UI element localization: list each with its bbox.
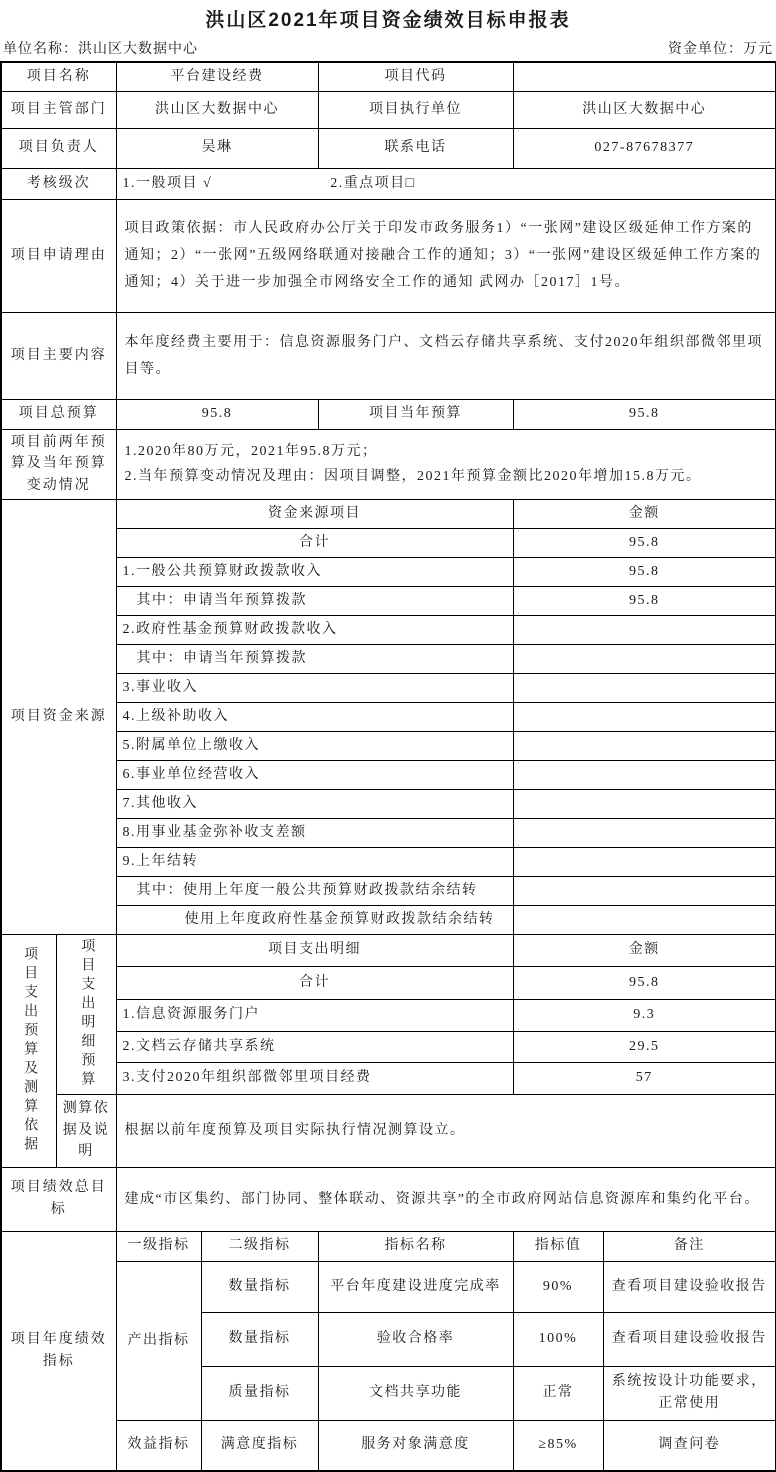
table-row: 效益指标 满意度指标 服务对象满意度 ≥85% 调查问卷	[1, 1420, 776, 1471]
funding-item-cell: 合计	[116, 528, 513, 557]
funding-amount-cell	[513, 644, 776, 673]
basis-label: 测算依据及说明	[56, 1094, 116, 1167]
expenditure-header-item: 项目支出明细	[116, 934, 513, 966]
indicator-note: 调查问卷	[603, 1420, 776, 1471]
funding-amount-cell	[513, 731, 776, 760]
overall-goal-text: 建成“市区集约、部门协同、整体联动、资源共享”的全市政府网站信息资源库和集约化平…	[116, 1167, 776, 1231]
funding-item-cell: 其中：申请当年预算拨款	[116, 644, 513, 673]
indicator-header-level1: 一级指标	[116, 1231, 201, 1261]
phone-label: 联系电话	[318, 128, 513, 168]
indicator-header-note: 备注	[603, 1231, 776, 1261]
indicator-level2: 满意度指标	[201, 1420, 318, 1471]
indicator-value: ≥85%	[513, 1420, 603, 1471]
table-row: 2.文档云存储共享系统 29.5	[1, 1031, 776, 1062]
funding-amount-cell	[513, 615, 776, 644]
funding-header-item: 资金来源项目	[116, 499, 513, 528]
unit-name-label: 单位名称：洪山区大数据中心	[3, 42, 198, 58]
funding-amount-cell: 95.8	[513, 557, 776, 586]
prev-budget-line2: 2.当年预算变动情况及理由：因项目调整，2021年预算金额比2020年增加15.…	[125, 464, 766, 489]
indicator-level1-output: 产出指标	[116, 1261, 201, 1420]
main-content-label: 项目主要内容	[1, 312, 116, 399]
assessment-level-options: 1.一般项目 √ 2.重点项目□	[116, 168, 776, 199]
table-row: 3.支付2020年组织部微邻里项目经费 57	[1, 1062, 776, 1094]
funding-item-cell: 2.政府性基金预算财政拨款收入	[116, 615, 513, 644]
indicator-level1-benefit: 效益指标	[116, 1420, 201, 1471]
phone-value: 027-87678377	[513, 128, 776, 168]
table-row: 其中：使用上年度一般公共预算财政拨款结余结转	[1, 876, 776, 905]
apply-reason-text: 项目政策依据：市人民政府办公厅关于印发市政务服务1）“一张网”建设区级延伸工作方…	[116, 199, 776, 312]
funding-amount-cell	[513, 760, 776, 789]
exec-unit-label: 项目执行单位	[318, 91, 513, 128]
indicator-header-level2: 二级指标	[201, 1231, 318, 1261]
expenditure-item-cell: 2.文档云存储共享系统	[116, 1031, 513, 1062]
indicator-level2: 数量指标	[201, 1261, 318, 1312]
funding-amount-cell: 95.8	[513, 528, 776, 557]
table-row: 测算依据及说明 根据以前年度预算及项目实际执行情况测算设立。	[1, 1094, 776, 1167]
expenditure-section-label: 项目支出预算及测算依据	[1, 934, 56, 1167]
funding-item-cell: 其中：使用上年度一般公共预算财政拨款结余结转	[116, 876, 513, 905]
indicator-value: 90%	[513, 1261, 603, 1312]
funding-item-cell: 5.附属单位上缴收入	[116, 731, 513, 760]
manager-label: 项目负责人	[1, 128, 116, 168]
exec-unit-value: 洪山区大数据中心	[513, 91, 776, 128]
table-row: 使用上年度政府性基金预算财政拨款结余结转	[1, 905, 776, 934]
indicator-header-name: 指标名称	[318, 1231, 513, 1261]
table-row: 9.上年结转	[1, 847, 776, 876]
prev-budget-label: 项目前两年预算及当年预算变动情况	[1, 429, 116, 499]
table-row: 项目总预算 95.8 项目当年预算 95.8	[1, 399, 776, 429]
prev-budget-text: 1.2020年80万元，2021年95.8万元； 2.当年预算变动情况及理由：因…	[116, 429, 776, 499]
project-code-value	[513, 62, 776, 91]
option-key-project-unchecked: 2.重点项目□	[330, 173, 415, 195]
page-title: 洪山区2021年项目资金绩效目标申报表	[0, 0, 776, 33]
expenditure-amount-cell: 57	[513, 1062, 776, 1094]
table-row: 1.信息资源服务门户 9.3	[1, 999, 776, 1031]
expenditure-amount-cell: 9.3	[513, 999, 776, 1031]
expenditure-header-amount: 金额	[513, 934, 776, 966]
funding-item-cell: 3.事业收入	[116, 673, 513, 702]
dept-value: 洪山区大数据中心	[116, 91, 318, 128]
table-row: 项目名称 平台建设经费 项目代码	[1, 62, 776, 91]
table-row: 5.附属单位上缴收入	[1, 731, 776, 760]
table-row: 合计 95.8	[1, 528, 776, 557]
funding-item-cell: 1.一般公共预算财政拨款收入	[116, 557, 513, 586]
funding-amount-cell	[513, 789, 776, 818]
manager-value: 吴琳	[116, 128, 318, 168]
table-row: 7.其他收入	[1, 789, 776, 818]
table-row: 8.用事业基金弥补收支差额	[1, 818, 776, 847]
table-row: 2.政府性基金预算财政拨款收入	[1, 615, 776, 644]
indicator-note: 查看项目建设验收报告	[603, 1312, 776, 1366]
table-row: 项目绩效总目标 建成“市区集约、部门协同、整体联动、资源共享”的全市政府网站信息…	[1, 1167, 776, 1231]
funding-amount-cell	[513, 702, 776, 731]
funding-item-cell: 使用上年度政府性基金预算财政拨款结余结转	[116, 905, 513, 934]
year-budget-label: 项目当年预算	[318, 399, 513, 429]
table-row: 其中：申请当年预算拨款 95.8	[1, 586, 776, 615]
apply-reason-label: 项目申请理由	[1, 199, 116, 312]
funding-amount-cell	[513, 818, 776, 847]
declaration-table: 项目名称 平台建设经费 项目代码 项目主管部门 洪山区大数据中心 项目执行单位 …	[0, 61, 776, 1472]
total-budget-value: 95.8	[116, 399, 318, 429]
main-content-text: 本年度经费主要用于：信息资源服务门户、文档云存储共享系统、支付2020年组织部微…	[116, 312, 776, 399]
table-row: 合计 95.8	[1, 966, 776, 999]
indicator-name: 服务对象满意度	[318, 1420, 513, 1471]
meta-line: 单位名称：洪山区大数据中心 资金单位：万元	[0, 33, 776, 61]
funding-amount-cell	[513, 905, 776, 934]
funding-item-cell: 其中：申请当年预算拨款	[116, 586, 513, 615]
funding-item-cell: 9.上年结转	[116, 847, 513, 876]
funding-item-cell: 7.其他收入	[116, 789, 513, 818]
table-row: 1.一般公共预算财政拨款收入 95.8	[1, 557, 776, 586]
indicator-note: 系统按设计功能要求，正常使用	[603, 1366, 776, 1420]
funding-item-cell: 8.用事业基金弥补收支差额	[116, 818, 513, 847]
basis-text: 根据以前年度预算及项目实际执行情况测算设立。	[116, 1094, 776, 1167]
declaration-form-page: 洪山区2021年项目资金绩效目标申报表 单位名称：洪山区大数据中心 资金单位：万…	[0, 0, 776, 1472]
funding-item-cell: 6.事业单位经营收入	[116, 760, 513, 789]
table-row: 项目资金来源 资金来源项目 金额	[1, 499, 776, 528]
overall-goal-label: 项目绩效总目标	[1, 1167, 116, 1231]
table-row: 4.上级补助收入	[1, 702, 776, 731]
indicator-name: 文档共享功能	[318, 1366, 513, 1420]
indicator-level2: 质量指标	[201, 1366, 318, 1420]
table-row: 6.事业单位经营收入	[1, 760, 776, 789]
indicator-name: 验收合格率	[318, 1312, 513, 1366]
expenditure-amount-cell: 95.8	[513, 966, 776, 999]
indicator-value: 正常	[513, 1366, 603, 1420]
expenditure-item-cell: 1.信息资源服务门户	[116, 999, 513, 1031]
indicator-level2: 数量指标	[201, 1312, 318, 1366]
funding-section-label: 项目资金来源	[1, 499, 116, 934]
indicator-name: 平台年度建设进度完成率	[318, 1261, 513, 1312]
indicators-section-label: 项目年度绩效指标	[1, 1231, 116, 1471]
indicator-value: 100%	[513, 1312, 603, 1366]
expenditure-item-cell: 合计	[116, 966, 513, 999]
assessment-level-label: 考核级次	[1, 168, 116, 199]
table-row: 项目前两年预算及当年预算变动情况 1.2020年80万元，2021年95.8万元…	[1, 429, 776, 499]
option-general-project-checked: 1.一般项目 √	[123, 173, 213, 195]
prev-budget-line1: 1.2020年80万元，2021年95.8万元；	[125, 439, 766, 464]
funding-header-amount: 金额	[513, 499, 776, 528]
funding-item-cell: 4.上级补助收入	[116, 702, 513, 731]
expenditure-amount-cell: 29.5	[513, 1031, 776, 1062]
project-name-label: 项目名称	[1, 62, 116, 91]
table-row: 产出指标 数量指标 平台年度建设进度完成率 90% 查看项目建设验收报告	[1, 1261, 776, 1312]
table-row: 3.事业收入	[1, 673, 776, 702]
table-row: 项目年度绩效指标 一级指标 二级指标 指标名称 指标值 备注	[1, 1231, 776, 1261]
table-row: 项目支出预算及测算依据 项目支出明细预算 项目支出明细 金额	[1, 934, 776, 966]
dept-label: 项目主管部门	[1, 91, 116, 128]
table-row: 其中：申请当年预算拨款	[1, 644, 776, 673]
indicator-note: 查看项目建设验收报告	[603, 1261, 776, 1312]
table-row: 考核级次 1.一般项目 √ 2.重点项目□	[1, 168, 776, 199]
project-code-label: 项目代码	[318, 62, 513, 91]
year-budget-value: 95.8	[513, 399, 776, 429]
table-row: 项目主管部门 洪山区大数据中心 项目执行单位 洪山区大数据中心	[1, 91, 776, 128]
funding-amount-cell	[513, 876, 776, 905]
total-budget-label: 项目总预算	[1, 399, 116, 429]
table-row: 项目申请理由 项目政策依据：市人民政府办公厅关于印发市政务服务1）“一张网”建设…	[1, 199, 776, 312]
expenditure-detail-label: 项目支出明细预算	[56, 934, 116, 1094]
indicator-header-value: 指标值	[513, 1231, 603, 1261]
expenditure-item-cell: 3.支付2020年组织部微邻里项目经费	[116, 1062, 513, 1094]
table-row: 项目主要内容 本年度经费主要用于：信息资源服务门户、文档云存储共享系统、支付20…	[1, 312, 776, 399]
funding-amount-cell	[513, 847, 776, 876]
funding-amount-cell: 95.8	[513, 586, 776, 615]
table-row: 项目负责人 吴琳 联系电话 027-87678377	[1, 128, 776, 168]
fund-unit-label: 资金单位：万元	[668, 42, 773, 58]
funding-amount-cell	[513, 673, 776, 702]
project-name-value: 平台建设经费	[116, 62, 318, 91]
